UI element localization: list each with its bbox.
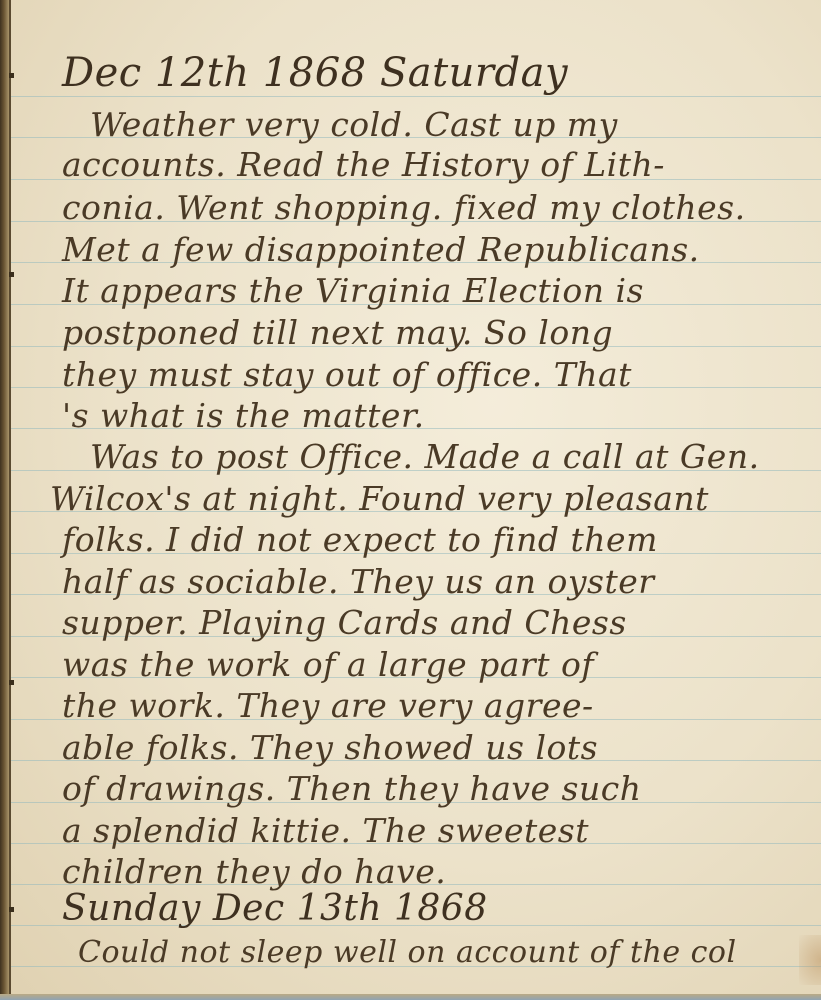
entry-heading: Sunday Dec 13th 1868 [62, 888, 488, 929]
entry-line: they must stay out of office. That [62, 355, 632, 394]
entry-line: Was to post Office. Made a call at Gen. [90, 437, 760, 476]
entry-line: folks. I did not expect to find them [62, 520, 658, 559]
entry-line: postponed till next may. So long [62, 313, 613, 352]
entry-line: half as sociable. They us an oyster [62, 562, 655, 601]
entry-line: a splendid kittie. The sweetest [62, 811, 589, 850]
entry-line: It appears the Virginia Election is [62, 271, 644, 310]
entry-line: accounts. Read the History of Lith- [62, 145, 665, 184]
entry-line: of drawings. Then they have such [62, 769, 641, 808]
entry-line: Met a few disappointed Republicans. [62, 230, 700, 269]
page-binding [0, 0, 9, 1000]
entry-line: was the work of a large part of [62, 645, 594, 684]
entry-line: the work. They are very agree- [62, 686, 594, 725]
entry-heading: Dec 12th 1868 Saturday [62, 50, 568, 96]
entry-line: Wilcox's at night. Found very pleasant [50, 479, 709, 518]
diary-page: Dec 12th 1868 Saturday Weather very cold… [0, 0, 821, 1000]
entry-line: children they do have. [62, 852, 446, 891]
entry-line: 's what is the matter. [62, 396, 425, 435]
entry-line: Weather very cold. Cast up my [90, 105, 618, 144]
entry-line: able folks. They showed us lots [62, 728, 598, 767]
entry-line: supper. Playing Cards and Chess [62, 603, 627, 642]
entry-line: Could not sleep well on account of the c… [78, 935, 737, 970]
paper-stain [799, 935, 821, 985]
page-edge [0, 994, 821, 1000]
entry-line: conia. Went shopping. fixed my clothes. [62, 188, 746, 227]
